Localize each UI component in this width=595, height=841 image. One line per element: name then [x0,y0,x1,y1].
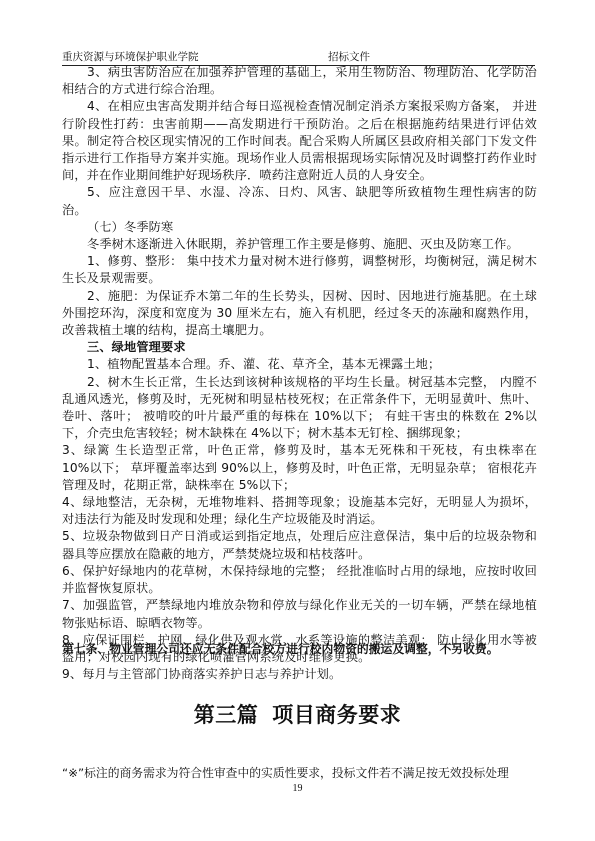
part-name: 项目商务要求 [272,699,401,729]
paragraph: 1、植物配置基本合理。乔、灌、花、草齐全，基本无裸露土地； [62,356,537,373]
document-body: 3、病虫害防治应在加强养护管理的基础上，采用生物防治、物理防治、化学防治相结合的… [62,64,537,683]
paragraph: 4、在相应虫害高发期并结合每日巡视检查情况制定消杀方案报采购方备案， 并进行阶段… [62,98,537,184]
subsection-heading: （七）冬季防寒 [62,219,537,236]
paragraph: 4、绿地整洁，无杂树，无堆物堆料、搭拥等现象；设施基本完好，无明显人为损坏，对违… [62,494,537,528]
paragraph: 2、树木生长正常，生长达到该树种该规格的平均生长量。树冠基本完整， 内膛不乱通风… [62,374,537,443]
paragraph: 3、病虫害防治应在加强养护管理的基础上，采用生物防治、物理防治、化学防治相结合的… [62,64,537,98]
page-number: 19 [0,783,595,794]
article-7: 第七条、物业管理公司还应无条件配合校方进行校内物资的搬运及调整，不另收费。 [62,641,542,658]
paragraph: 5、应注意因干旱、水湿、冷冻、日灼、风害、缺肥等所致植物生理性病害的防治。 [62,184,537,218]
paragraph: 1、修剪、整形： 集中技术力量对树木进行修剪，调整树形，均衡树冠，满足树木生长及… [62,253,537,287]
paragraph: 5、垃圾杂物做到日产日消或运到指定地点，处理后应注意保洁，集中后的垃圾杂物和器具… [62,528,537,562]
header-doc-type: 招标文件 [328,49,370,65]
paragraph: 9、每月与主管部门协商落实养护日志与养护计划。 [62,666,537,683]
part-title: 第三篇项目商务要求 [0,699,595,729]
paragraph: 7、加强监管，严禁绿地内堆放杂物和停放与绿化作业无关的一切车辆，严禁在绿地植物张… [62,597,537,631]
paragraph: 3、绿篱 生长造型正常，叶色正常，修剪及时，基本无死株和干死枝，有虫株率在 10… [62,442,537,494]
paragraph: 2、施肥：为保证乔木第二年的生长势头，因树、因时、因地进行施基肥。在土球外围挖环… [62,288,537,340]
section-heading: 三、绿地管理要求 [62,339,537,356]
commercial-requirements-note: “※”标注的商务需求为符合性审查中的实质性要求，投标文件若不满足按无效投标处理 [62,765,542,781]
paragraph: 冬季树木逐渐进入休眠期，养护管理工作主要是修剪、施肥、灭虫及防寒工作。 [62,236,537,253]
paragraph: 6、保护好绿地内的花草树，木保持绿地的完整； 经批准临时占用的绿地，应按时收回并… [62,563,537,597]
header-institution: 重庆资源与环境保护职业学院 [62,49,199,65]
part-number: 第三篇 [194,699,259,729]
